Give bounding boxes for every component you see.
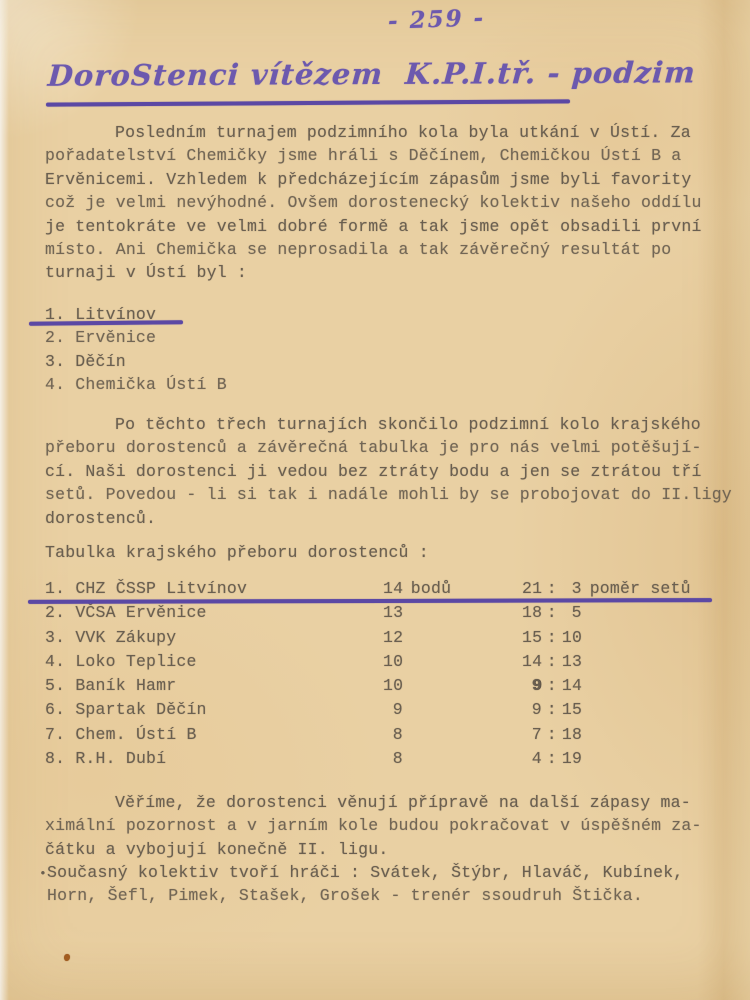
team-name: Chem. Ústí B (75, 725, 196, 744)
rank-label: 4. (45, 652, 65, 671)
sets-lost-value: 3 (562, 577, 582, 600)
points-value: 10 (383, 674, 403, 697)
sets-cell: 15:10 (522, 626, 582, 649)
result-list-item: 4. Chemička Ústí B (45, 373, 745, 396)
sets-cell: 18:5 (522, 601, 582, 624)
roster-paragraph: Současný kolektiv tvoří hráči : Svátek, … (47, 861, 747, 908)
sets-lost-value: 5 (562, 601, 582, 624)
team-name: Spartak Děčín (75, 700, 206, 719)
sets-won-value: 14 (522, 650, 542, 673)
typed-line: turnaji v Ústí byl : (45, 261, 745, 284)
typed-line: Ervěnicemi. Vzhledem k předcházejícím zá… (45, 168, 745, 191)
points-cell: 10 (383, 650, 403, 673)
table-row: 8. R.H. Dubí84:19 (45, 747, 745, 771)
rank-label: 7. (45, 725, 65, 744)
sets-ratio-label: poměr setů (582, 579, 691, 598)
sets-won-value: 18 (522, 601, 542, 624)
team-name: Loko Teplice (75, 652, 196, 671)
typed-line: dorostenců. (45, 507, 745, 530)
tournament-results-list: 1. Litvínov2. Ervěnice3. Děčín4. Chemičk… (45, 303, 745, 396)
team-cell: 3. VVK Zákupy (45, 626, 176, 649)
table-row: 7. Chem. Ústí B87:18 (45, 723, 745, 747)
team-cell: 7. Chem. Ústí B (45, 723, 197, 746)
typed-line: cí. Naši dorostenci ji vedou bez ztráty … (45, 460, 745, 483)
points-value: 10 (383, 650, 403, 673)
table-row: 6. Spartak Děčín99:15 (45, 698, 745, 722)
sets-cell: 9:15 (522, 698, 582, 721)
team-cell: 2. VČSA Ervěnice (45, 601, 207, 624)
rank-label: 6. (45, 700, 65, 719)
typed-line: Horn, Šefl, Pimek, Stašek, Grošek - tren… (47, 884, 747, 907)
sets-won-value: 15 (522, 626, 542, 649)
paper-stain-speck (64, 954, 70, 961)
typed-line: přeboru dorostenců a závěrečná tabulka j… (45, 436, 745, 459)
points-cell: 14bodů (383, 577, 451, 600)
sets-cell: 9:14 (522, 674, 582, 697)
intro-paragraph: Posledním turnajem podzimního kola byla … (45, 121, 745, 285)
team-name: Baník Hamr (75, 676, 176, 695)
rank-label: 5. (45, 676, 65, 695)
typed-line: je tentokráte ve velmi dobré formě a tak… (45, 215, 745, 238)
points-cell: 10 (383, 674, 403, 697)
table-row: 4. Loko Teplice1014:13 (45, 650, 745, 674)
typed-line: místo. Ani Chemička se neprosadila a tak… (45, 238, 745, 261)
roster-bullet-mark: • (39, 866, 47, 881)
points-value: 9 (383, 698, 403, 721)
sets-won-value: 9 (522, 674, 542, 697)
page-number: - 259 - (388, 4, 486, 34)
rank-label: 8. (45, 749, 65, 768)
closing-paragraph: Věříme, že dorostenci věnují přípravě na… (45, 791, 745, 861)
team-cell: 6. Spartak Děčín (45, 698, 207, 721)
sets-cell: 21:3poměr setů (522, 577, 691, 600)
typed-line: Současný kolektiv tvoří hráči : Svátek, … (47, 861, 747, 884)
typed-line: ximální pozornost a v jarním kole budou … (45, 814, 745, 837)
typed-line: Posledním turnajem podzimního kola byla … (45, 121, 745, 144)
sets-separator: : (542, 725, 562, 744)
team-cell: 8. R.H. Dubí (45, 747, 166, 770)
sets-separator: : (542, 749, 562, 768)
points-value: 14 (383, 577, 403, 600)
sets-separator: : (542, 579, 562, 598)
points-value: 13 (383, 601, 403, 624)
typed-line: Věříme, že dorostenci věnují přípravě na… (45, 791, 745, 814)
team-cell: 5. Baník Hamr (45, 674, 176, 697)
rank-label: 3. (45, 628, 65, 647)
article-title: DoroStenci vítězem K.P.I.tř. - podzim (47, 55, 697, 92)
rank-label: 1. (45, 579, 65, 598)
sets-cell: 7:18 (522, 723, 582, 746)
sets-separator: : (542, 652, 562, 671)
points-cell: 13 (383, 601, 403, 624)
table-row: 2. VČSA Ervěnice1318:5 (45, 601, 745, 625)
typed-line: setů. Povedou - li si tak i nadále mohli… (45, 483, 745, 506)
team-name: R.H. Dubí (75, 749, 166, 768)
sets-lost-value: 13 (562, 650, 582, 673)
result-list-item: 2. Ervěnice (45, 326, 745, 349)
sets-cell: 4:19 (522, 747, 582, 770)
sets-cell: 14:13 (522, 650, 582, 673)
team-cell: 4. Loko Teplice (45, 650, 197, 673)
points-cell: 8 (383, 747, 403, 770)
typed-line: pořadatelství Chemičky jsme hráli s Děčí… (45, 144, 745, 167)
standings-table: 1. CHZ ČSSP Litvínov14bodů21:3poměr setů… (45, 577, 745, 771)
sets-lost-value: 18 (562, 723, 582, 746)
scanned-document-page: - 259 - DoroStenci vítězem K.P.I.tř. - p… (0, 0, 750, 1000)
rank-label: 2. (45, 603, 65, 622)
points-unit-label: bodů (403, 579, 451, 598)
sets-separator: : (542, 700, 562, 719)
sets-lost-value: 19 (562, 747, 582, 770)
standings-paragraph: Po těchto třech turnajích skončilo podzi… (45, 413, 745, 530)
sets-lost-value: 14 (562, 674, 582, 697)
result-list-item: 3. Děčín (45, 350, 745, 373)
team-name: VVK Zákupy (75, 628, 176, 647)
sets-lost-value: 15 (562, 698, 582, 721)
points-cell: 8 (383, 723, 403, 746)
typed-line: Po těchto třech turnajích skončilo podzi… (45, 413, 745, 436)
title-underline-ink-stroke (46, 99, 570, 106)
sets-separator: : (542, 676, 562, 695)
sets-won-value: 21 (522, 577, 542, 600)
sets-won-value: 7 (522, 723, 542, 746)
table-row: 5. Baník Hamr109:14 (45, 674, 745, 698)
sets-lost-value: 10 (562, 626, 582, 649)
sets-won-value: 4 (522, 747, 542, 770)
points-cell: 9 (383, 698, 403, 721)
points-cell: 12 (383, 626, 403, 649)
sets-separator: : (542, 628, 562, 647)
typed-line: což je velmi nevýhodné. Ovšem dorostenec… (45, 191, 745, 214)
table-row: 3. VVK Zákupy1215:10 (45, 626, 745, 650)
table-caption: Tabulka krajského přeboru dorostenců : (45, 541, 745, 564)
team-cell: 1. CHZ ČSSP Litvínov (45, 577, 247, 600)
sets-separator: : (542, 603, 562, 622)
sets-won-value: 9 (522, 698, 542, 721)
typed-line: čátku a vybojují konečně II. ligu. (45, 838, 745, 861)
points-value: 8 (383, 723, 403, 746)
points-value: 8 (383, 747, 403, 770)
team-name: CHZ ČSSP Litvínov (75, 579, 247, 598)
points-value: 12 (383, 626, 403, 649)
team-name: VČSA Ervěnice (75, 603, 206, 622)
